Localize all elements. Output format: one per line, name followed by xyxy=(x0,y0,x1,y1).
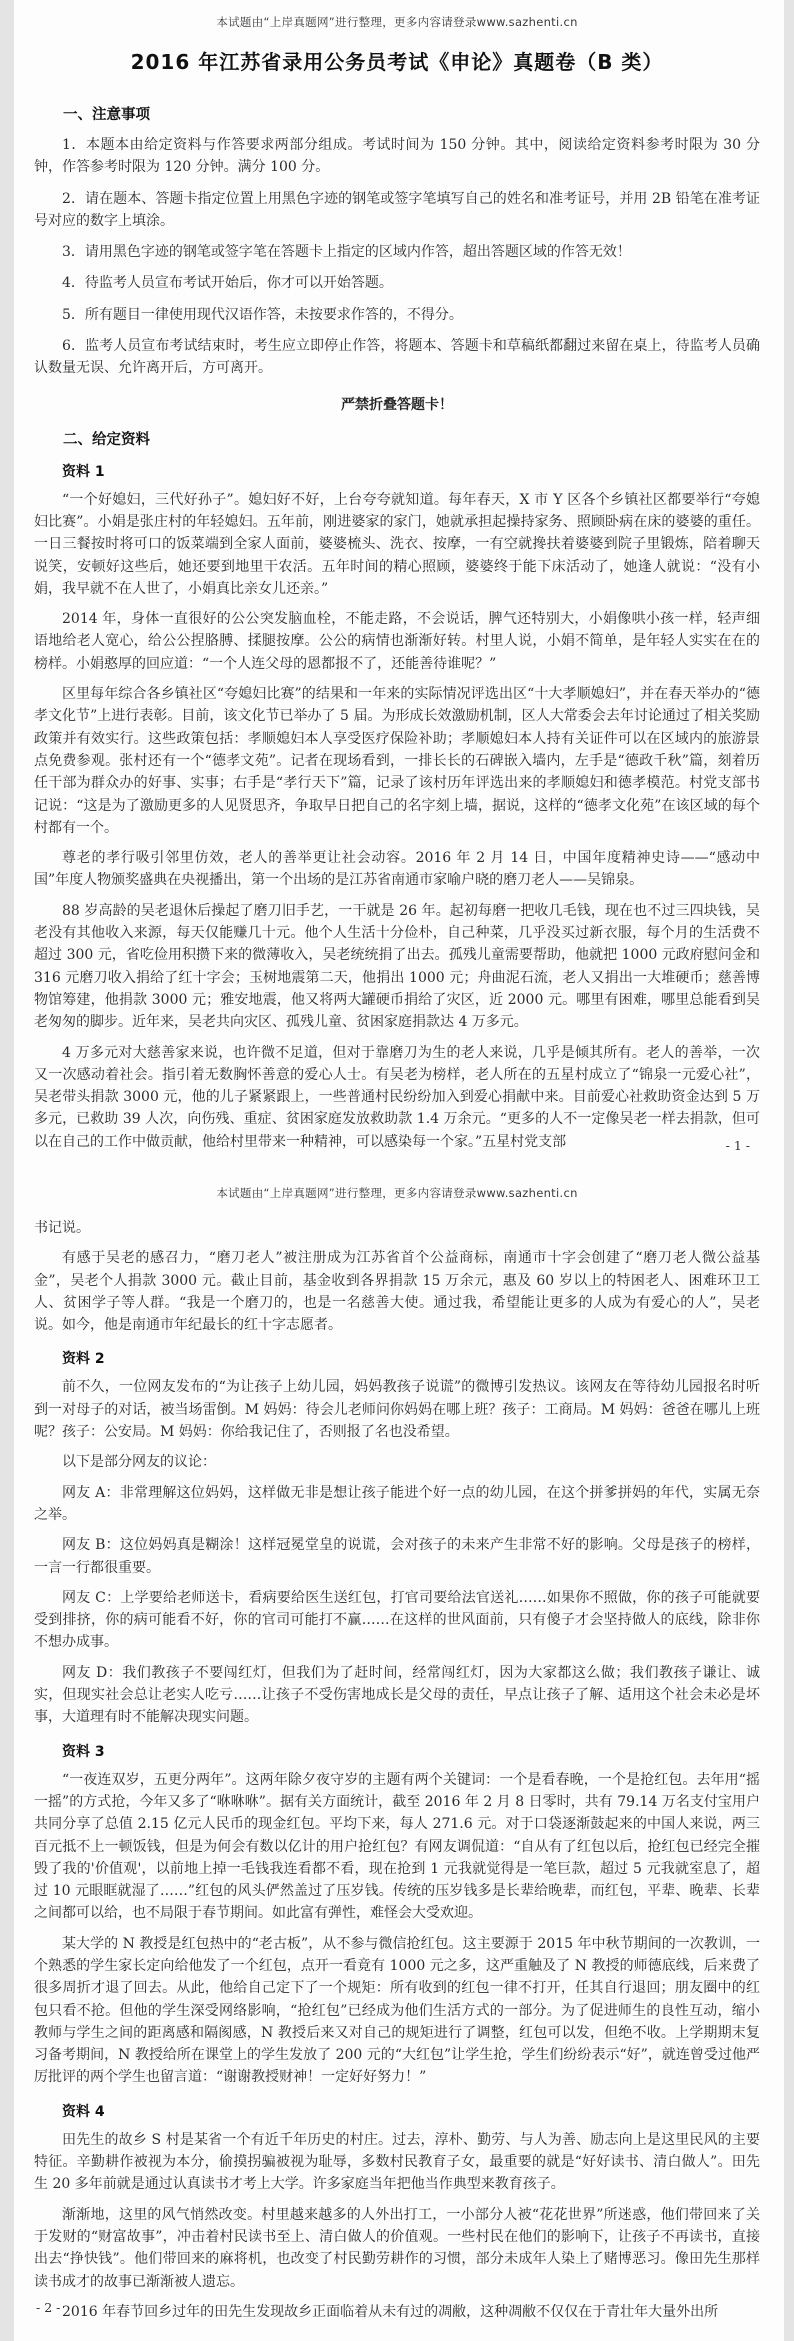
paragraph: 有感于吴老的感召力，“磨刀老人”被注册成为江苏省首个公益商标，南通市十字会创建了… xyxy=(34,1247,760,1336)
paragraph: 2014 年，身体一直很好的公公突发脑血栓，不能走路，不会说话，脾气还特别大，小… xyxy=(34,608,760,675)
material-2-body: 前不久，一位网友发布的“为让孩子上幼儿园，妈妈教孩子说谎”的微博引发热议。该网友… xyxy=(34,1376,760,1728)
notice-item: 6．监考人员宣布考试结束时，考生应立即停止作答，将题本、答题卡和草稿纸都翻过来留… xyxy=(34,335,760,380)
material-4-heading: 资料 4 xyxy=(34,2101,760,2121)
material-1-heading: 资料 1 xyxy=(34,461,760,481)
paragraph: 区里每年综合各乡镇社区“夸媳妇比赛”的结果和一年来的实际情况评选出区“十大孝顺媳… xyxy=(34,683,760,839)
exam-page-1: 本试题由“上岸真题网”进行整理，更多内容请登录www.sazhenti.cn 2… xyxy=(0,0,794,1171)
notice-item: 4．待监考人员宣布考试开始后，你才可以开始答题。 xyxy=(34,272,760,294)
material-4-body: 田先生的故乡 S 村是某省一个有近千年历史的村庄。过去，淳朴、勤劳、与人为善、励… xyxy=(34,2129,760,2323)
paragraph: 前不久，一位网友发布的“为让孩子上幼儿园，妈妈教孩子说谎”的微博引发热议。该网友… xyxy=(34,1376,760,1443)
paragraph: 渐渐地，这里的风气悄然改变。村里越来越多的人外出打工，一小部分人被“花花世界”所… xyxy=(34,2204,760,2293)
material-3-body: “一夜连双岁，五更分两年”。这两年除夕夜守岁的主题有两个关键词：一个是看春晚，一… xyxy=(34,1769,760,2089)
paragraph: 网友 D：我们教孩子不要闯红灯，但我们为了赶时间，经常闯红灯，因为大家都这么做；… xyxy=(34,1662,760,1729)
paragraph: “一夜连双岁，五更分两年”。这两年除夕夜守岁的主题有两个关键词：一个是看春晚，一… xyxy=(34,1769,760,1925)
page-number-2: - 2 - xyxy=(36,2300,60,2315)
no-fold-warning: 严禁折叠答题卡！ xyxy=(34,394,760,414)
document-viewport: 本试题由“上岸真题网”进行整理，更多内容请登录www.sazhenti.cn 2… xyxy=(0,0,794,2341)
page-number-1: - 1 - xyxy=(726,1138,750,1153)
paragraph: 尊老的孝行吸引邻里仿效，老人的善举更让社会动容。2016 年 2 月 14 日，… xyxy=(34,847,760,892)
paragraph: 田先生的故乡 S 村是某省一个有近千年历史的村庄。过去，淳朴、勤劳、与人为善、励… xyxy=(34,2129,760,2196)
notice-item: 5．所有题目一律使用现代汉语作答，未按要求作答的，不得分。 xyxy=(34,304,760,326)
notice-item: 3．请用黑色字迹的钢笔或签字笔在答题卡上指定的区域内作答，超出答题区域的作答无效… xyxy=(34,241,760,263)
paragraph: 网友 A：非常理解这位妈妈，这样做无非是想让孩子能进个好一点的幼儿园，在这个拼爹… xyxy=(34,1482,760,1527)
notice-section-heading: 一、注意事项 xyxy=(34,103,760,124)
paragraph: 88 岁高龄的吴老退休后操起了磨刀旧手艺，一干就是 26 年。起初每磨一把收几毛… xyxy=(34,900,760,1034)
notice-list: 1．本题本由给定资料与作答要求两部分组成。考试时间为 150 分钟。其中，阅读给… xyxy=(34,134,760,380)
paragraph: 某大学的 N 教授是红包热中的“老古板”，从不参与微信抢红包。这主要源于 201… xyxy=(34,1933,760,2089)
material-3-heading: 资料 3 xyxy=(34,1741,760,1761)
paragraph: “一个好媳妇，三代好孙子”。媳妇好不好，上台夸夸就知道。每年春天，X 市 Y 区… xyxy=(34,489,760,600)
materials-section-heading: 二、给定资料 xyxy=(34,428,760,449)
paragraph: 网友 B：这位妈妈真是糊涂！这样冠冕堂皇的说谎，会对孩子的未来产生非常不好的影响… xyxy=(34,1534,760,1579)
paragraph: 4 万多元对大慈善家来说，也许微不足道，但对于靠磨刀为生的老人来说，几乎是倾其所… xyxy=(34,1042,760,1153)
paragraph: 以下是部分网友的议论： xyxy=(34,1451,760,1473)
notice-item: 1．本题本由给定资料与作答要求两部分组成。考试时间为 150 分钟。其中，阅读给… xyxy=(34,134,760,179)
paragraph: 网友 C：上学要给老师送卡，看病要给医生送红包，打官司要给法官送礼……如果你不照… xyxy=(34,1587,760,1654)
continuation-line: 书记说。 xyxy=(34,1217,760,1239)
exam-page-2: 本试题由“上岸真题网”进行整理，更多内容请登录www.sazhenti.cn 书… xyxy=(0,1171,794,2341)
paragraph: 2016 年春节回乡过年的田先生发现故乡正面临着从未有过的凋敝，这种凋敝不仅仅在… xyxy=(34,2301,760,2323)
material-1-body: “一个好媳妇，三代好孙子”。媳妇好不好，上台夸夸就知道。每年春天，X 市 Y 区… xyxy=(34,489,760,1153)
source-site-note: 本试题由“上岸真题网”进行整理，更多内容请登录www.sazhenti.cn xyxy=(34,14,760,30)
exam-title: 2016 年江苏省录用公务员考试《申论》真题卷（B 类） xyxy=(34,46,760,75)
source-site-note: 本试题由“上岸真题网”进行整理，更多内容请登录www.sazhenti.cn xyxy=(34,1185,760,1201)
material-2-heading: 资料 2 xyxy=(34,1348,760,1368)
notice-item: 2．请在题本、答题卡指定位置上用黑色字迹的钢笔或签字笔填写自己的姓名和准考证号，… xyxy=(34,188,760,233)
